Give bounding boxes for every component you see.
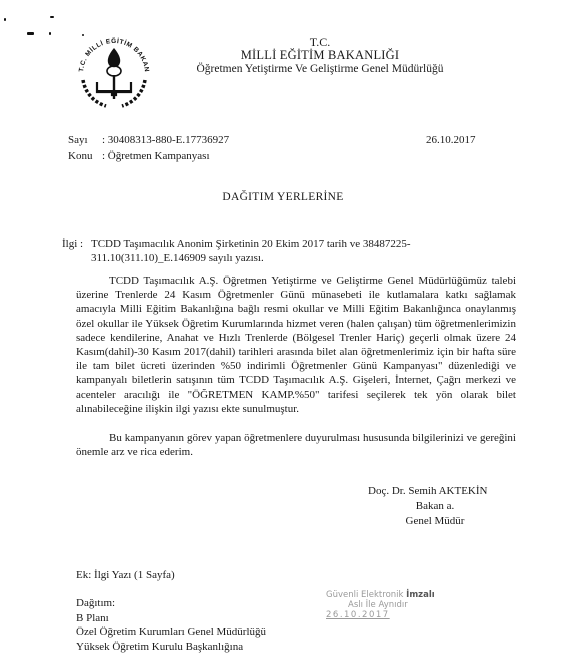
letterhead-directorate: Öğretmen Yetiştirme Ve Geliştirme Genel … (150, 63, 490, 75)
sayi-value: : 30408313-880-E.17736927 (102, 134, 229, 146)
stamp-line-1: Güvenli Elektronik İmzalı (326, 590, 435, 600)
body-paragraph-2: Bu kampanyanın görev yapan öğretmenlere … (76, 431, 516, 459)
addressee-heading: DAĞITIM YERLERİNE (0, 191, 566, 203)
signatory-name: Doç. Dr. Semih AKTEKİN (368, 484, 528, 499)
signatory-title: Genel Müdür (360, 514, 510, 529)
reference-block: İlgi : TCDD Taşımacılık Anonim Şirketini… (62, 237, 482, 267)
distribution-list: Dağıtım: B Planı Özel Öğretim Kurumları … (76, 596, 266, 654)
scan-speck (4, 18, 6, 21)
signatory-capacity: Bakan a. (360, 499, 510, 514)
ministry-emblem-icon: T.C. MİLLİ EĞİTİM BAKANLIĞI (73, 30, 155, 114)
scan-speck (50, 16, 54, 18)
body-paragraph-1: TCDD Taşımacılık A.Ş. Öğretmen Yetiştirm… (76, 274, 516, 416)
sayi-label: Sayı (68, 134, 102, 146)
attachment-note: Ek: İlgi Yazı (1 Sayfa) (76, 569, 175, 581)
konu-label: Konu (68, 150, 102, 162)
document-subject: Konu: Öğretmen Kampanyası (68, 150, 210, 162)
list-item: Özel Öğretim Kurumları Genel Müdürlüğü (76, 625, 266, 640)
document-number: Sayı: 30408313-880-E.17736927 (68, 134, 229, 146)
stamp-line-3: 26.10.2017 (326, 610, 390, 620)
stamp-signed-label: İmzalı (406, 590, 435, 600)
scan-speck (49, 32, 51, 35)
document-date: 26.10.2017 (426, 134, 476, 146)
scan-speck (27, 32, 34, 35)
reference-text: TCDD Taşımacılık Anonim Şirketinin 20 Ek… (91, 237, 431, 265)
distribution-label: Dağıtım: (76, 596, 266, 611)
reference-label: İlgi : (62, 237, 83, 251)
list-item: Yüksek Öğretim Kurulu Başkanlığına (76, 640, 266, 655)
konu-value: : Öğretmen Kampanyası (102, 150, 210, 162)
letterhead-ministry: MİLLİ EĞİTİM BAKANLIĞI (150, 48, 490, 63)
stamp-line-2: Aslı İle Aynıdır (348, 600, 408, 610)
list-item: B Planı (76, 611, 266, 626)
